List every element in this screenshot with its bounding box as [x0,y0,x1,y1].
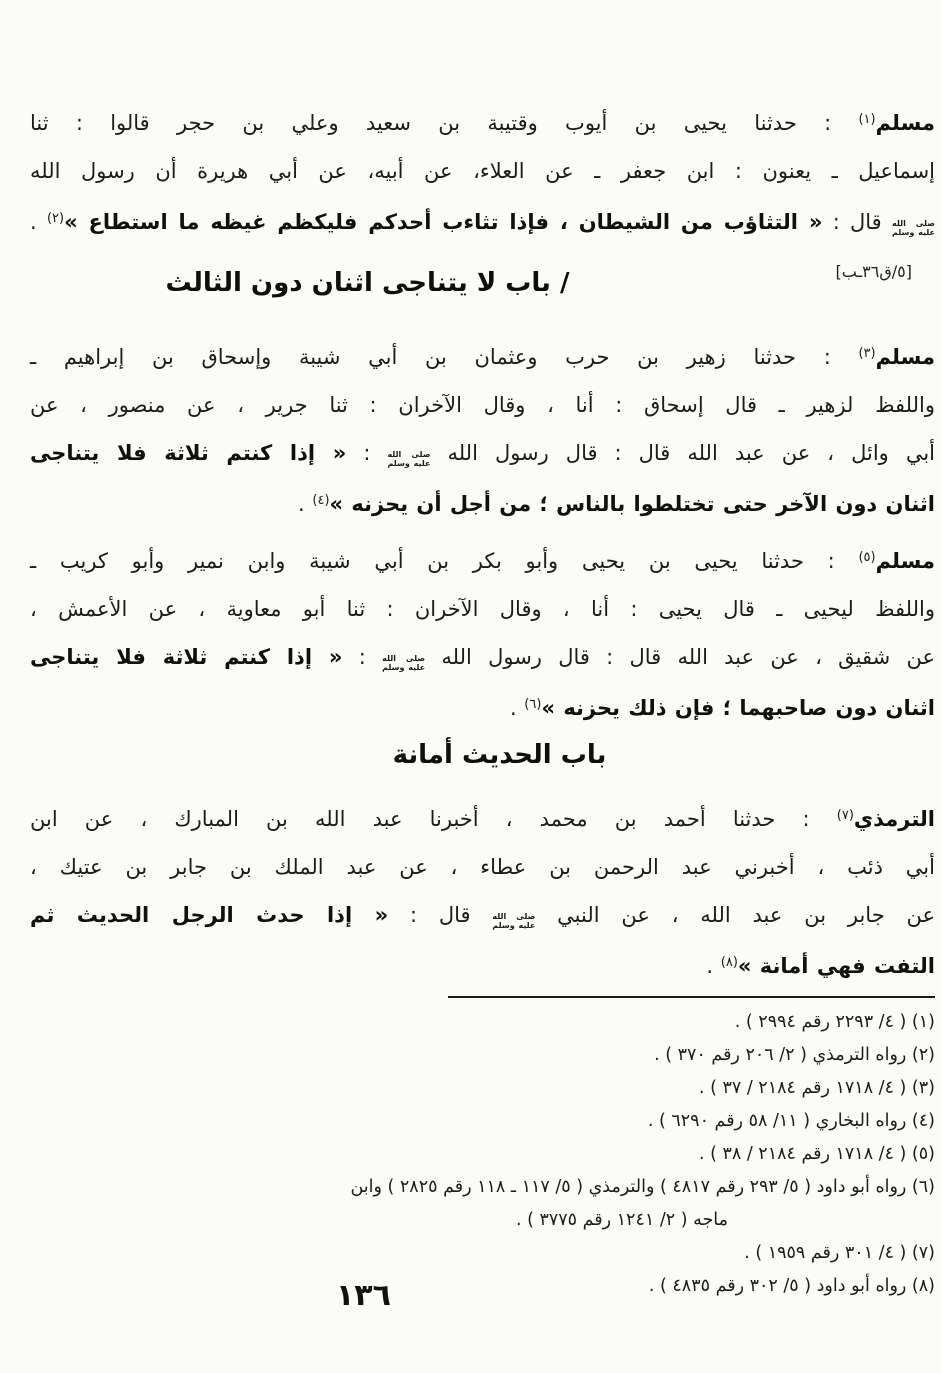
footnote-line: (٦) رواه أبو داود ( ٥/ ٢٩٣ رقم ٤٨١٧ ) وا… [30,1171,935,1204]
footnote-ref: (٦) [524,697,541,712]
salawat-mark: صلى اللهعليه وسلم [382,654,425,672]
salawat-row: صلى الله [387,450,430,459]
footnote-ref: (٧) [837,808,854,823]
text-run: اثنان دون صاحبهما ؛ فإن ذلك يحزنه » [541,696,935,720]
footnote-ref: (٨) [721,955,738,970]
text-run: : حدثنا أحمد بن محمد ، أخبرنا عبد الله ب… [30,807,837,831]
text-run: قال : [822,210,892,234]
salawat-mark: صلى اللهعليه وسلم [492,912,535,930]
text-run: : [343,645,383,669]
footnotes-block: (١) ( ٤/ ٢٢٩٣ رقم ٢٩٩٤ ) . (٢) رواه التر… [30,1006,935,1303]
salawat-mark: صلى اللهعليه وسلم [387,450,430,468]
text-run: . [298,492,312,516]
text-line: مسلم(٥) : حدثنا يحيى بن يحيى وأبو بكر بن… [30,534,935,585]
footnote-ref: (٤) [312,493,329,508]
text-run: الترمذي [854,807,935,831]
text-line: مسلم(١) : حدثنا يحيى بن أيوب وقتيبة بن س… [30,96,935,147]
hadith-paragraph-muslim-5: مسلم(٥) : حدثنا يحيى بن يحيى وأبو بكر بن… [30,534,935,732]
text-run: مسلم [876,345,935,369]
salawat-row: عليه وسلم [387,459,430,468]
text-run: : [346,441,387,465]
salawat-row: صلى الله [492,912,535,921]
footnote-separator [448,996,935,998]
footnote-line: (١) ( ٤/ ٢٢٩٣ رقم ٢٩٩٤ ) . [30,1006,935,1039]
text-run: مسلم [876,111,935,135]
page-number: ١٣٦ [336,1278,391,1313]
hadith-paragraph-muslim-1: مسلم(١) : حدثنا يحيى بن أيوب وقتيبة بن س… [30,96,935,246]
text-line: عن شقيق ، عن عبد الله قال : قال رسول الل… [30,633,935,681]
text-run: التفت فهي أمانة » [738,954,935,978]
footnote-line: (٧) ( ٤/ ٣٠١ رقم ١٩٥٩ ) . [30,1237,935,1270]
footnote-line: (٢) رواه الترمذي ( ٢/ ٢٠٦ رقم ٣٧٠ ) . [30,1039,935,1072]
text-run: . [30,210,47,234]
text-line: أبي ذئب ، أخبرني عبد الرحمن بن عطاء ، عن… [30,843,935,891]
footnote-line: (٣) ( ٤/ ١٧١٨ رقم ٢١٨٤ / ٣٧ ) . [30,1072,935,1105]
text-run: عن جابر بن عبد الله ، عن النبي [535,903,935,927]
text-run: « إذا حدث الرجل الحديث ثم [30,903,388,927]
main-text: مسلم(١) : حدثنا يحيى بن أيوب وقتيبة بن س… [30,96,935,1303]
text-run: واللفظ لزهير ـ قال إسحاق : أنا ، وقال ال… [30,393,935,417]
salawat-row: صلى الله [892,219,935,228]
chapter-heading-speech-is-trust: باب الحديث أمانة [30,734,935,776]
text-run: « إذا كنتم ثلاثة فلا يتناجى [30,441,346,465]
salawat-row: عليه وسلم [492,921,535,930]
text-run: : حدثنا يحيى بن أيوب وقتيبة بن سعيد وعلي… [30,111,858,135]
scanned-book-page: { "page": { "number": "١٣٦", "margin_not… [0,0,941,1373]
hadith-paragraph-tirmidhi-7: الترمذي(٧) : حدثنا أحمد بن محمد ، أخبرنا… [30,792,935,990]
text-line: التفت فهي أمانة »(٨) . [30,939,935,990]
footnote-line: (٥) ( ٤/ ١٧١٨ رقم ٢١٨٤ / ٣٨ ) . [30,1138,935,1171]
text-line: مسلم(٣) : حدثنا زهير بن حرب وعثمان بن أب… [30,330,935,381]
text-run: إسماعيل ـ يعنون : ابن جعفر ـ عن العلاء، … [30,159,935,183]
text-line: الترمذي(٧) : حدثنا أحمد بن محمد ، أخبرنا… [30,792,935,843]
text-run: أبي ذئب ، أخبرني عبد الرحمن بن عطاء ، عن… [30,855,935,879]
footnote-line: (٨) رواه أبو داود ( ٥/ ٣٠٢ رقم ٤٨٣٥ ) . [30,1270,935,1303]
footnote-ref: (٣) [858,346,875,361]
text-line: اثنان دون الآخر حتى تختلطوا بالناس ؛ من … [30,477,935,528]
footnote-ref: (٢) [47,211,64,226]
salawat-mark: صلى اللهعليه وسلم [892,219,935,237]
text-run: اثنان دون الآخر حتى تختلطوا بالناس ؛ من … [330,492,935,516]
text-line: إسماعيل ـ يعنون : ابن جعفر ـ عن العلاء، … [30,147,935,195]
hadith-paragraph-muslim-3: مسلم(٣) : حدثنا زهير بن حرب وعثمان بن أب… [30,330,935,528]
text-run: . [706,954,720,978]
text-run: مسلم [876,549,935,573]
footnote-ref: (٥) [858,550,875,565]
text-run: قال : [388,903,492,927]
text-run: عن شقيق ، عن عبد الله قال : قال رسول الل… [425,645,935,669]
text-run: : حدثنا يحيى بن يحيى وأبو بكر بن أبي شيب… [30,549,858,573]
text-line: عن جابر بن عبد الله ، عن النبي صلى اللهع… [30,891,935,939]
text-run: واللفظ ليحيى ـ قال يحيى : أنا ، وقال الآ… [30,597,935,621]
text-run: « التثاؤب من الشيطان ، فإذا تثاءب أحدكم … [64,210,822,234]
text-line: واللفظ لزهير ـ قال إسحاق : أنا ، وقال ال… [30,381,935,429]
text-line: اثنان دون صاحبهما ؛ فإن ذلك يحزنه »(٦) . [30,681,935,732]
footnote-line: (٤) رواه البخاري ( ١١/ ٥٨ رقم ٦٢٩٠ ) . [30,1105,935,1138]
text-run: أبي وائل ، عن عبد الله قال : قال رسول ال… [430,441,935,465]
text-run: « إذا كنتم ثلاثة فلا يتناجى [30,645,343,669]
salawat-row: عليه وسلم [892,228,935,237]
document-page: [٥/ق٣٦ـب] مسلم(١) : حدثنا يحيى بن أيوب و… [0,0,941,1373]
text-line: صلى اللهعليه وسلم قال : « التثاؤب من الش… [30,195,935,246]
text-run: . [510,696,524,720]
chapter-heading-no-private-talk: / باب لا يتناجى اثنان دون الثالث [30,262,935,304]
salawat-row: صلى الله [382,654,425,663]
text-line: أبي وائل ، عن عبد الله قال : قال رسول ال… [30,429,935,477]
footnote-continuation-line: ماجه ( ٢/ ١٢٤١ رقم ٣٧٧٥ ) . [30,1204,935,1237]
footnote-ref: (١) [858,112,875,127]
text-run: : حدثنا زهير بن حرب وعثمان بن أبي شيبة و… [30,345,858,369]
salawat-row: عليه وسلم [382,663,425,672]
text-line: واللفظ ليحيى ـ قال يحيى : أنا ، وقال الآ… [30,585,935,633]
